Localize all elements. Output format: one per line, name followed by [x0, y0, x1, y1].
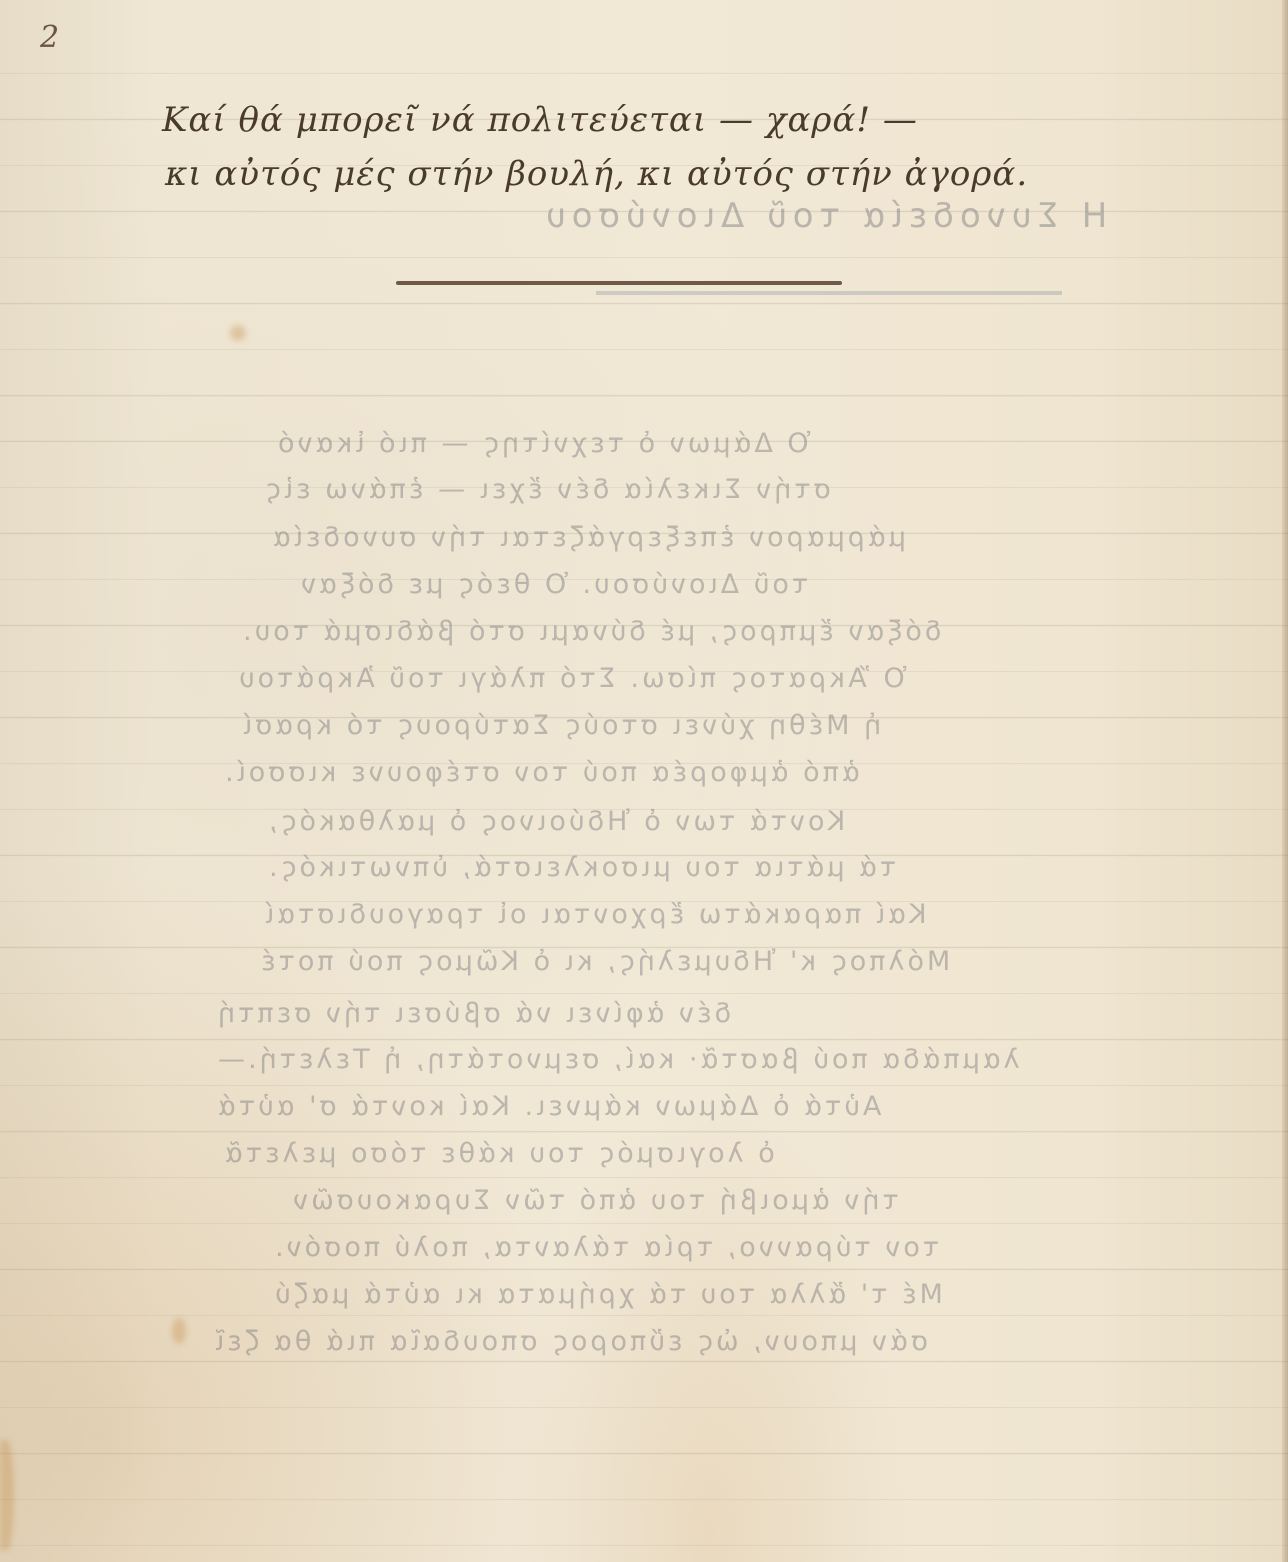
paper-stain — [172, 1318, 186, 1344]
paper-stain — [0, 1440, 14, 1550]
ink-divider-rule — [396, 281, 842, 285]
page-edge — [1282, 0, 1288, 1562]
ink-verse-line-1: Καί θά μπορεῖ νά πολιτεύεται — χαρά! — — [162, 100, 918, 140]
manuscript-page: 2 Καί θά μπορεῖ νά πολιτεύεται — χαρά! —… — [0, 0, 1288, 1562]
page-number: 2 — [40, 20, 59, 55]
show-through-title: Η Συνοδεία τοῦ Διονύσου — [540, 196, 1107, 236]
show-through-divider-rule — [596, 291, 1062, 295]
ink-verse-line-2: κι αὐτός μές στήν βουλή, κι αὐτός στήν ἀ… — [165, 154, 1028, 194]
paper-stain — [230, 325, 246, 341]
